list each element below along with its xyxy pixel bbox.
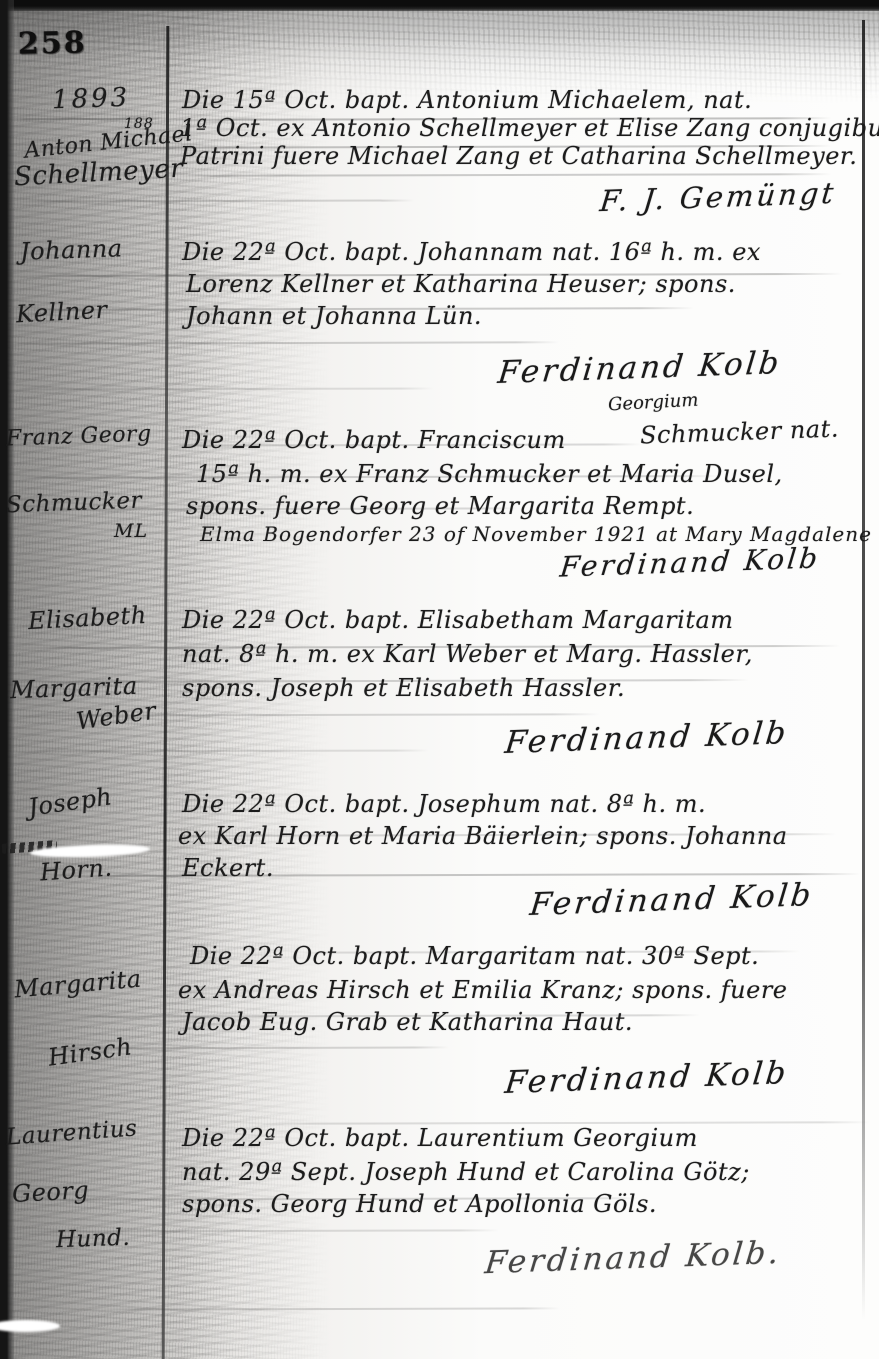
margin-name: Franz Georg	[6, 421, 152, 451]
priest-signature: Ferdinand Kolb	[528, 877, 815, 923]
ruled-line	[14, 199, 414, 202]
margin-name: Schmucker	[6, 488, 143, 519]
entry-line: Schmucker nat.	[640, 415, 840, 450]
margin-name: Georg	[11, 1176, 90, 1208]
ruled-line	[14, 341, 559, 344]
margin-name: Margarita	[10, 672, 139, 704]
entry-line: 15ª h. m. ex Franz Schmucker et Maria Du…	[196, 460, 783, 488]
margin-name: Margarita	[13, 964, 143, 1003]
margin-name: Horn.	[39, 854, 113, 887]
entry-line: spons. fuere Georg et Margarita Rempt.	[186, 492, 694, 520]
margin-name: Laurentius	[5, 1115, 138, 1150]
entry-line: Die 22ª Oct. bapt. Laurentium Georgium	[182, 1124, 698, 1152]
ruled-line	[100, 1307, 560, 1310]
entry-line: ex Karl Horn et Maria Bäierlein; spons. …	[178, 822, 788, 850]
ruled-line	[14, 387, 434, 390]
scan-white-streak	[0, 1320, 60, 1332]
entry-line: Patrini fuere Michael Zang et Catharina …	[180, 142, 857, 170]
insertion-above-line: Georgium	[608, 390, 699, 416]
entry-line: Die 22ª Oct. bapt. Margaritam nat. 30ª S…	[190, 942, 759, 970]
ruled-line	[176, 173, 831, 177]
scan-edge-right	[862, 20, 865, 1320]
entry-line: nat. 8ª h. m. ex Karl Weber et Marg. Has…	[182, 640, 753, 668]
entry-line: Eckert.	[182, 854, 274, 882]
entry-line: Die 22ª Oct. bapt. Franciscum	[182, 426, 566, 454]
entry-line: Johann et Johanna Lün.	[186, 302, 482, 330]
ruled-line	[60, 873, 860, 877]
entry-line: Jacob Eug. Grab et Katharina Haut.	[182, 1008, 633, 1036]
margin-name: Elisabeth	[27, 601, 147, 635]
page-number: 258	[18, 25, 87, 61]
margin-name: Hund.	[56, 1225, 131, 1254]
margin-name: Joseph	[26, 782, 113, 821]
entry-line: Die 22ª Oct. bapt. Josephum nat. 8ª h. m…	[182, 790, 706, 818]
marginal-note-initials: ML	[114, 520, 148, 542]
entry-line: 1ª Oct. ex Antonio Schellmeyer et Elise …	[180, 114, 879, 142]
margin-name: Weber	[74, 697, 158, 736]
entry-line: ex Andreas Hirsch et Emilia Kranz; spons…	[178, 976, 788, 1004]
priest-signature: Ferdinand Kolb.	[483, 1235, 783, 1282]
column-rule	[162, 26, 170, 1359]
priest-signature: Ferdinand Kolb	[503, 1055, 790, 1101]
entry-line: Die 22ª Oct. bapt. Johannam nat. 16ª h. …	[182, 238, 761, 266]
entry-line: spons. Georg Hund et Apollonia Göls.	[182, 1190, 657, 1218]
entry-year: 1893	[52, 83, 131, 116]
margin-name: Hirsch	[46, 1032, 133, 1071]
scan-edge-top	[0, 0, 879, 11]
entry-line: spons. Joseph et Elisabeth Hassler.	[182, 674, 625, 702]
priest-signature: F. J. Gemüngt	[598, 176, 838, 218]
entry-line: Die 22ª Oct. bapt. Elisabetham Margarita…	[182, 606, 734, 634]
margin-name: Johanna	[20, 234, 123, 266]
entry-line: Die 15ª Oct. bapt. Antonium Michaelem, n…	[182, 86, 752, 114]
scanned-register-page: 258 1893 188 Anton Michael Schellmeyer D…	[0, 0, 879, 1359]
priest-signature: Ferdinand Kolb	[496, 345, 783, 391]
entry-line: nat. 29ª Sept. Joseph Hund et Carolina G…	[182, 1158, 750, 1186]
margin-name: Kellner	[15, 296, 108, 329]
priest-signature: Ferdinand Kolb	[503, 715, 790, 761]
entry-line: Lorenz Kellner et Katharina Heuser; spon…	[186, 270, 736, 298]
priest-signature: Ferdinand Kolb	[558, 541, 822, 583]
ruled-line	[14, 749, 429, 752]
